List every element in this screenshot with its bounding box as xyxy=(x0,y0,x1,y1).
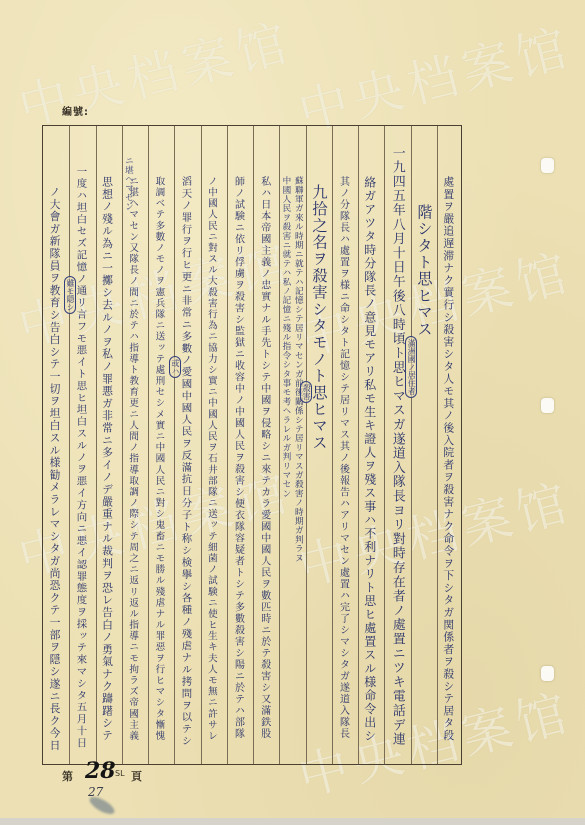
grid-column-divider xyxy=(358,126,359,764)
text-column-7: 蘇聯軍ガ來ル時期ニ就テハ記憶シテ居リマセンガ前後關係シテ居リマスガ殺害ノ時期ガ判… xyxy=(294,176,303,562)
binding-hole xyxy=(541,158,554,173)
margin-annotation: 殺害 xyxy=(300,381,312,403)
text-column-6: 九拾之名ヲ殺害シタモノト思ヒマス xyxy=(311,184,326,451)
text-column-3: 一九四五年八月十日午後八時頃ト思ヒマスガ遂道入隊長ヨリ對時存在者ノ處置ニツキ電話… xyxy=(390,146,403,747)
page-number: 28 xyxy=(85,758,116,784)
text-column-9: 師ノ試験ニ依リ俘虜ヲ殺害シ監獄ニ收容中ノ中國人民ヲ殺害シ便衣隊容疑者トシテ多數殺… xyxy=(233,176,243,740)
scan-border xyxy=(0,818,585,825)
grid-column-divider xyxy=(384,126,385,764)
serial-number-label: 編號: xyxy=(62,103,89,118)
document-page: 中央档案馆 中央档案馆 中央档案馆 中央档案馆 中央档案馆 中央档案馆 中央档案… xyxy=(0,0,585,818)
grid-column-divider xyxy=(69,126,70,764)
grid-column-divider xyxy=(174,126,175,764)
text-column-1: 處置ヲ嚴追遅滞ナク實行シ殺害シタ人モ其ノ後入院者ヲ殺害ナク命令ヲ下シタガ関係者ヲ… xyxy=(443,176,454,742)
binding-hole xyxy=(541,666,554,681)
grid-column-divider xyxy=(122,126,123,764)
grid-column-divider xyxy=(411,126,412,764)
margin-annotation: 滿洲國ノ居住者 xyxy=(405,336,417,398)
text-column-15: 一度ハ坦白セズ記憶ノ通リ言フモ悪イト思ヒ坦白スルノヲ悪イ方向ニ悪イ認罪態度ヲ採ッ… xyxy=(75,166,85,749)
binding-hole xyxy=(541,398,554,413)
text-column-12: 取調ベテ多數ノモノヲ憲兵隊ニ送ッテ處刑セシメ實ニ中國人民ニ對シ鬼畜ニモ勝ル殘虐ナ… xyxy=(154,176,164,742)
text-column-11: 滔天ノ罪行ヲ行ヒ更ニ非常ニ多數ノ愛國中國人民ヲ反滿抗日分子ト称シ検擧シ各種ノ殘虐… xyxy=(180,176,190,747)
margin-annotation: 或ハ xyxy=(169,356,181,378)
grid-column-divider xyxy=(96,126,97,764)
grid-column-divider xyxy=(332,126,333,764)
grid-column-divider xyxy=(148,126,149,764)
grid-column-divider xyxy=(253,126,254,764)
text-column-8: 私ハ日本帝國主義ノ忠實ナル手先トシテ中國ヲ侵略シニ來テカラ愛國中國人民ヲ數匹時ニ… xyxy=(259,176,269,740)
text-column-10: ノ中國人民ニ對スル大殺害行為ニ協力シ實ニ中國人民ヲ石井部隊ニ送ッテ細菌ノ試験ニ使… xyxy=(206,176,216,742)
writing-grid: 處置ヲ嚴追遅滞ナク實行シ殺害シタ人モ其ノ後入院者ヲ殺害ナク命令ヲ下シタガ関係者ヲ… xyxy=(42,125,462,765)
text-column-4: 絡ガアツタ時分隊長ノ意見モアリ私モ生キ證人ヲ殘ス事ハ不利ナリト思ヒ處置スル様命令… xyxy=(364,176,376,743)
page-number-suffix: SL xyxy=(115,769,125,778)
text-column-16: ノ大會ガ新隊員ヲ教育シ告白シテ一切ヲ坦白スル様勧メラレマシタガ尚恐クテ一部ヲ隠シ… xyxy=(49,186,60,752)
text-column-14: 思想ノ殘ル為ニ一擲シ去ルノヲ私ノ罪悪ガ非常ニ多イノデ嚴重ナル裁判ヲ恐レ告白ノ勇氣… xyxy=(101,176,112,742)
page-prefix: 第 xyxy=(62,768,73,784)
text-column-7-subline: 中國人民ヲ殺害ニ就テハ私ノ記憶ニ殘ル指令シタ事モ考ヘラレルガ判リマセン xyxy=(281,176,290,498)
page-char: 頁 xyxy=(131,768,142,784)
text-column-13: ニ堪ヘマセン又隊長ノ間ニ於テハ指導ト教育更ニ人間ノ指導取調ノ際シテ周之ニ返リ返ル… xyxy=(128,176,138,742)
text-column-2: 階シタト思ヒマス xyxy=(416,204,431,338)
margin-annotation: 雖モ隠シ xyxy=(64,276,76,314)
grid-column-divider xyxy=(437,126,438,764)
grid-column-divider xyxy=(201,126,202,764)
grid-column-divider xyxy=(306,126,307,764)
text-column-5: 其ノ分隊長ハ處置ヲ様ニ命シタト記憶シテ居リマス其ノ後報告ハアリマセン處置ハ完了シ… xyxy=(338,176,348,740)
grid-column-divider xyxy=(227,126,228,764)
watermark: 中央档案馆 xyxy=(10,2,299,140)
text-column-13-subline: ニ堪ヘマセン xyxy=(124,156,133,211)
